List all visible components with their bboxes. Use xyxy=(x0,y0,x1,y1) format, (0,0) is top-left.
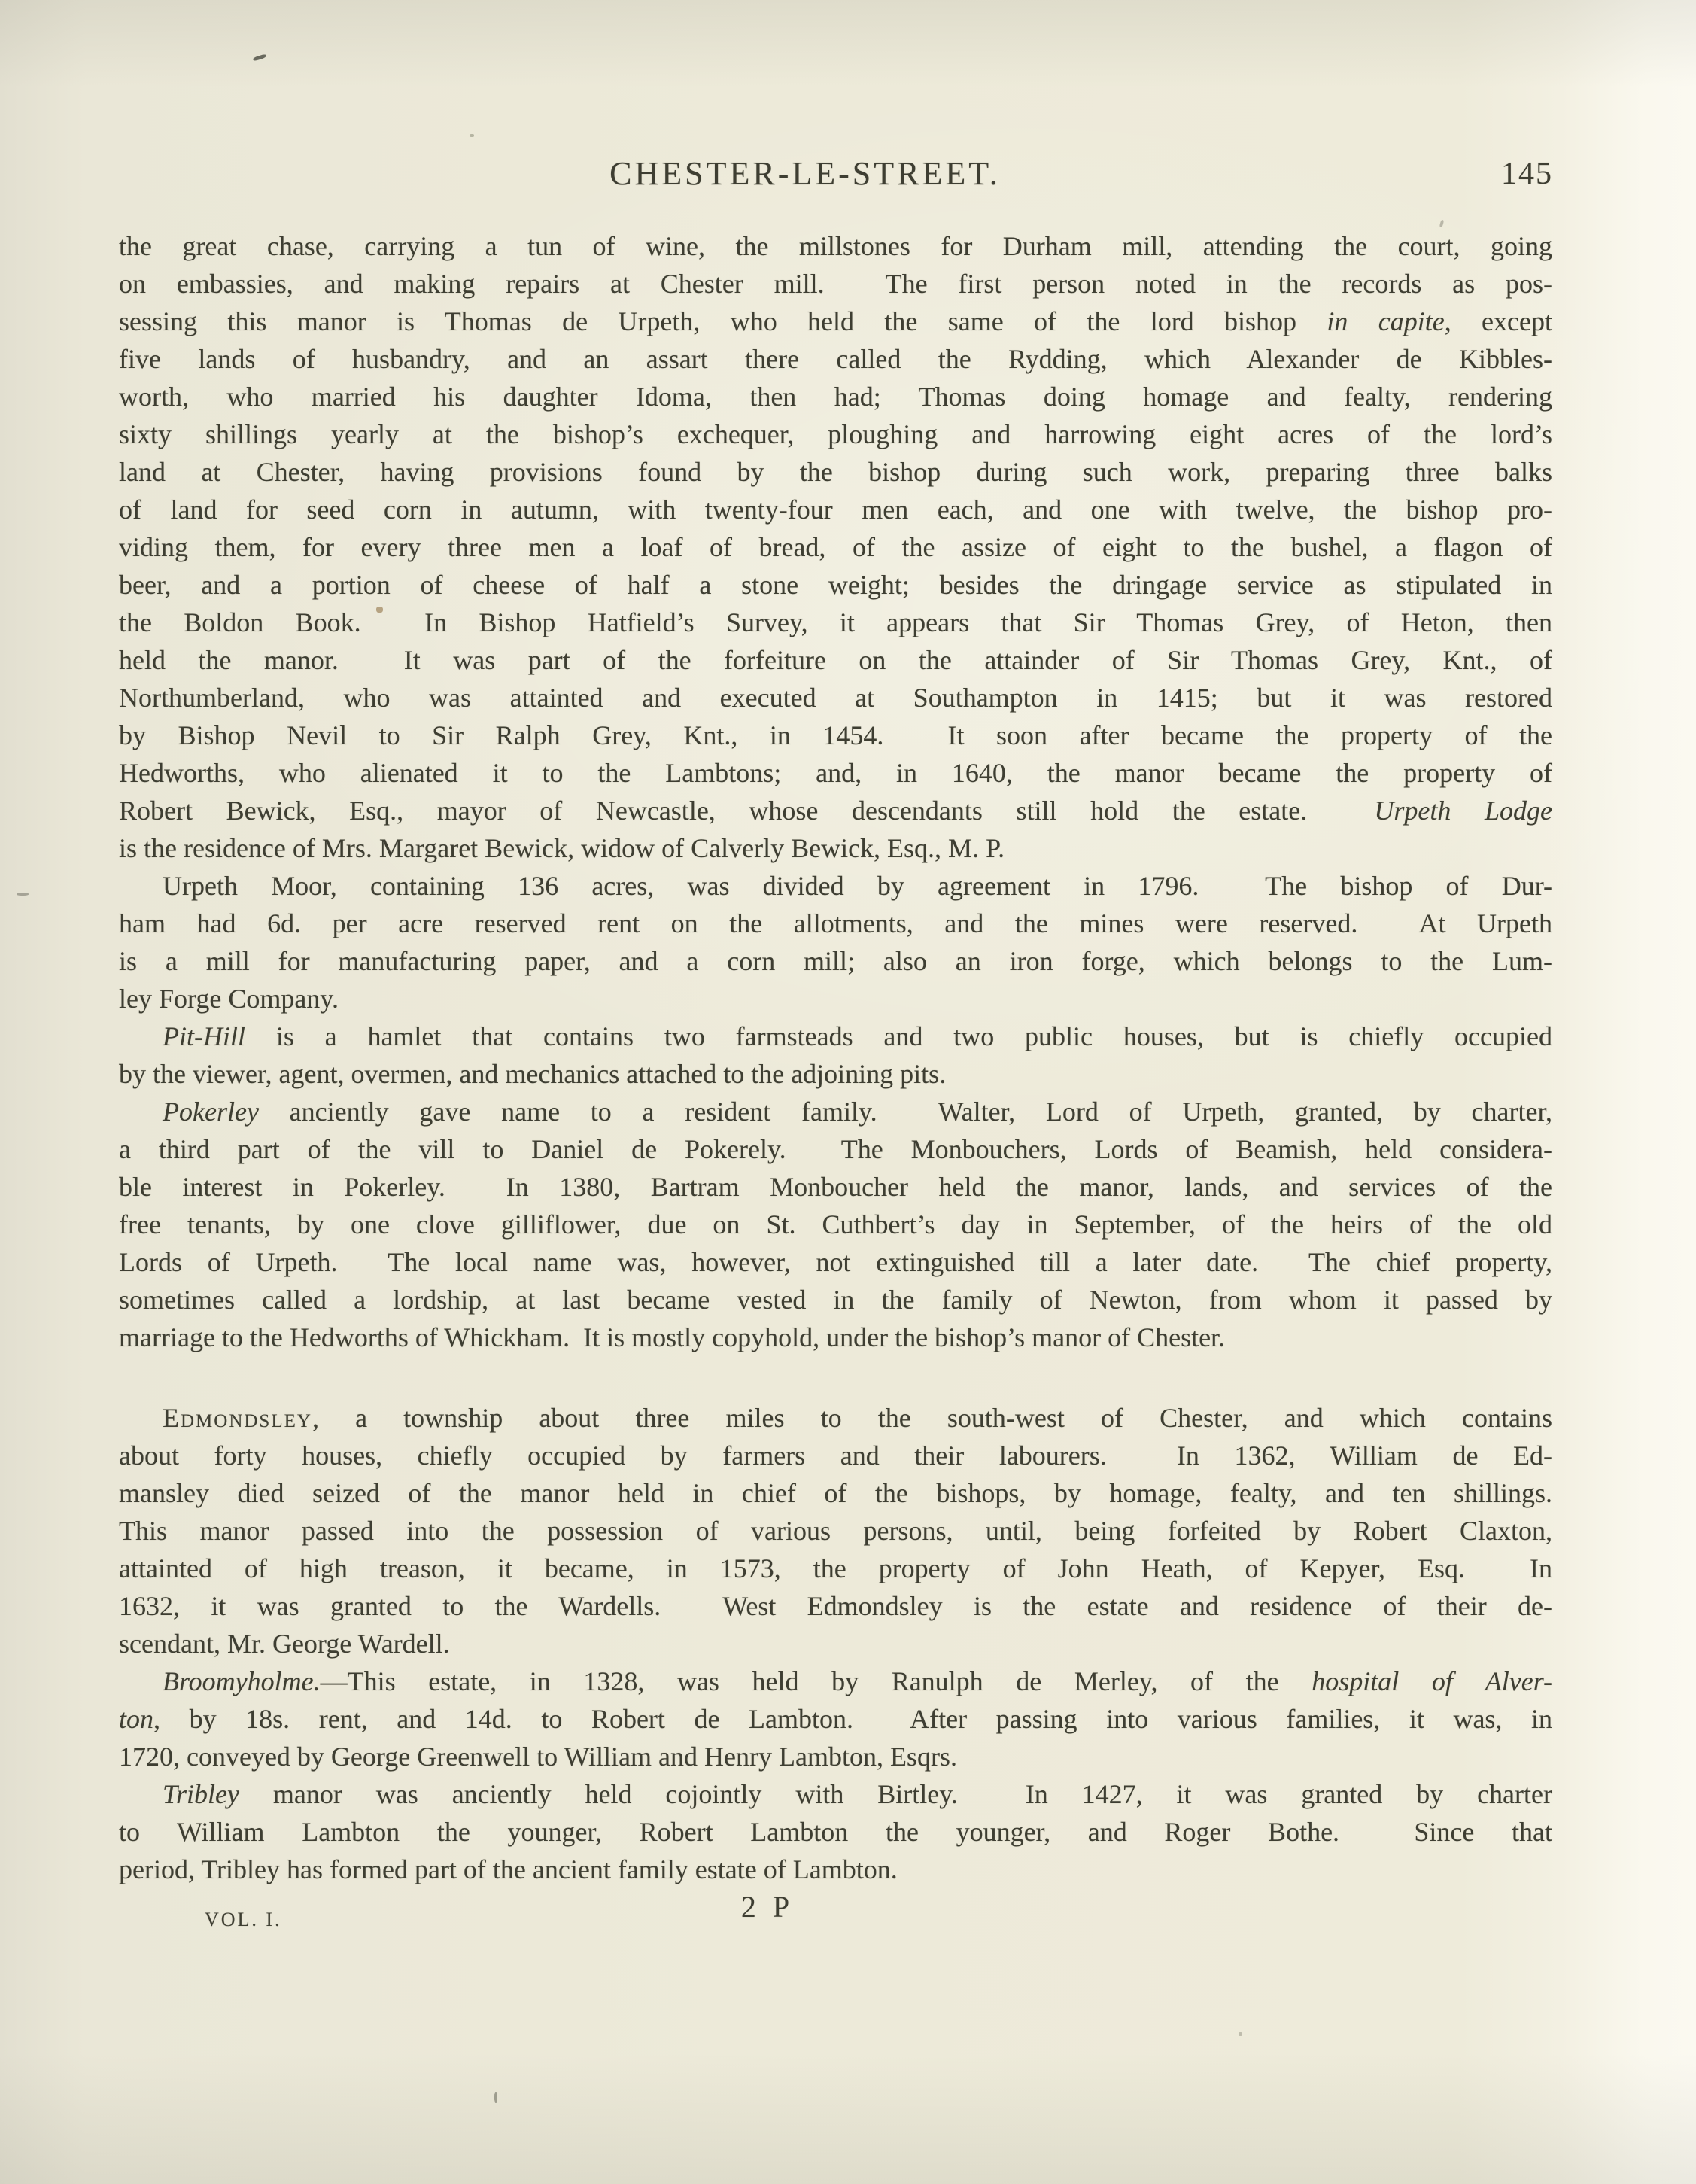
text-line: Robert Bewick, Esq., mayor of Newcastle,… xyxy=(119,792,1552,829)
text-line: Edmondsley, a township about three miles… xyxy=(119,1399,1552,1437)
text-line: ton, by 18s. rent, and 14d. to Robert de… xyxy=(119,1700,1552,1738)
text-segment: anciently gave name to a resident family… xyxy=(259,1097,1552,1127)
text-line: to William Lambton the younger, Robert L… xyxy=(119,1813,1552,1851)
page-number: 145 xyxy=(1501,156,1553,192)
text-segment: land at Chester, having provisions found… xyxy=(119,457,1552,487)
text-segment-italic: hospital of Alver- xyxy=(1312,1666,1552,1696)
text-segment: sometimes called a lordship, at last bec… xyxy=(119,1285,1552,1315)
text-segment: 1632, it was granted to the Wardells. We… xyxy=(119,1591,1552,1621)
book-page: CHESTER-LE-STREET. 145 the great chase, … xyxy=(0,0,1696,2184)
text-line: 1720, conveyed by George Greenwell to Wi… xyxy=(119,1738,1552,1775)
text-segment-italic: Urpeth Lodge xyxy=(1374,795,1552,826)
text-segment: , a township about three miles to the so… xyxy=(312,1403,1552,1433)
text-line: about forty houses, chiefly occupied by … xyxy=(119,1437,1552,1474)
text-segment: attainted of high treason, it became, in… xyxy=(119,1553,1552,1583)
text-line: ble interest in Pokerley. In 1380, Bartr… xyxy=(119,1168,1552,1206)
text-segment: 1720, conveyed by George Greenwell to Wi… xyxy=(119,1741,957,1772)
paragraph: the great chase, carrying a tun of wine,… xyxy=(119,227,1552,867)
text-line: Lords of Urpeth. The local name was, how… xyxy=(119,1243,1552,1281)
text-segment: Lords of Urpeth. The local name was, how… xyxy=(119,1247,1552,1277)
text-line: land at Chester, having provisions found… xyxy=(119,453,1552,491)
text-segment: ble interest in Pokerley. In 1380, Bartr… xyxy=(119,1172,1552,1202)
text-line: sessing this manor is Thomas de Urpeth, … xyxy=(119,303,1552,340)
text-segment: mansley died seized of the manor held in… xyxy=(119,1478,1552,1508)
paragraph: Tribley manor was anciently held cojoint… xyxy=(119,1775,1552,1888)
text-segment-italic: Pokerley xyxy=(163,1097,259,1127)
text-segment: ham had 6d. per acre reserved rent on th… xyxy=(119,908,1552,938)
text-line: held the manor. It was part of the forfe… xyxy=(119,641,1552,679)
text-segment: sixty shillings yearly at the bishop’s e… xyxy=(119,419,1552,449)
text-segment: the Boldon Book. In Bishop Hatfield’s Su… xyxy=(119,607,1552,637)
text-segment: sessing this manor is Thomas de Urpeth, … xyxy=(119,306,1327,336)
text-line: of land for seed corn in autumn, with tw… xyxy=(119,491,1552,528)
text-segment: of land for seed corn in autumn, with tw… xyxy=(119,494,1552,525)
text-line: viding them, for every three men a loaf … xyxy=(119,528,1552,566)
text-segment: , by 18s. rent, and 14d. to Robert de La… xyxy=(153,1704,1552,1734)
text-line: Urpeth Moor, containing 136 acres, was d… xyxy=(119,867,1552,905)
text-segment: by Bishop Nevil to Sir Ralph Grey, Knt.,… xyxy=(119,720,1552,750)
paper-speck xyxy=(470,134,474,137)
paragraph: Urpeth Moor, containing 136 acres, was d… xyxy=(119,867,1552,1017)
text-line: Hedworths, who alienated it to the Lambt… xyxy=(119,754,1552,792)
text-line: ham had 6d. per acre reserved rent on th… xyxy=(119,905,1552,942)
paper-speck xyxy=(1439,220,1445,228)
paper-speck xyxy=(1239,2032,1242,2036)
text-segment: by the viewer, agent, overmen, and mecha… xyxy=(119,1059,946,1089)
page-body: the great chase, carrying a tun of wine,… xyxy=(119,227,1552,1888)
text-segment: This manor passed into the possession of… xyxy=(119,1516,1552,1546)
text-segment: ley Forge Company. xyxy=(119,984,339,1014)
text-segment: held the manor. It was part of the forfe… xyxy=(119,645,1552,675)
paper-speck xyxy=(253,53,267,61)
text-segment: period, Tribley has formed part of the a… xyxy=(119,1854,898,1884)
text-segment: scendant, Mr. George Wardell. xyxy=(119,1629,450,1659)
text-line: period, Tribley has formed part of the a… xyxy=(119,1851,1552,1888)
text-line: Northumberland, who was attainted and ex… xyxy=(119,679,1552,716)
paragraph: Broomyholme.—This estate, in 1328, was h… xyxy=(119,1662,1552,1775)
text-segment: —This estate, in 1328, was held by Ranul… xyxy=(321,1666,1312,1696)
text-segment: is the residence of Mrs. Margaret Bewick… xyxy=(119,833,1005,863)
paper-speck xyxy=(17,893,29,896)
text-segment-italic: Broomyholme. xyxy=(163,1666,321,1696)
text-segment: free tenants, by one clove gilliflower, … xyxy=(119,1209,1552,1240)
text-segment: a third part of the vill to Daniel de Po… xyxy=(119,1134,1552,1164)
text-segment-italic: ton xyxy=(119,1704,153,1734)
text-line: is the residence of Mrs. Margaret Bewick… xyxy=(119,829,1552,867)
text-segment: Hedworths, who alienated it to the Lambt… xyxy=(119,758,1552,788)
text-line: Tribley manor was anciently held cojoint… xyxy=(119,1775,1552,1813)
text-line: beer, and a portion of cheese of half a … xyxy=(119,566,1552,604)
text-line: ley Forge Company. xyxy=(119,980,1552,1017)
text-line: mansley died seized of the manor held in… xyxy=(119,1474,1552,1512)
text-segment: Urpeth Moor, containing 136 acres, was d… xyxy=(163,871,1552,901)
text-segment-smallcaps: Edmondsley xyxy=(163,1403,312,1433)
text-segment: Robert Bewick, Esq., mayor of Newcastle,… xyxy=(119,795,1374,826)
text-segment: to William Lambton the younger, Robert L… xyxy=(119,1817,1552,1847)
text-segment: Northumberland, who was attainted and ex… xyxy=(119,683,1552,713)
text-line: sixty shillings yearly at the bishop’s e… xyxy=(119,415,1552,453)
text-line: five lands of husbandry, and an assart t… xyxy=(119,340,1552,378)
text-segment: marriage to the Hedworths of Whickham. I… xyxy=(119,1322,1225,1352)
text-segment: , except xyxy=(1445,306,1552,336)
text-line: 1632, it was granted to the Wardells. We… xyxy=(119,1587,1552,1625)
text-segment: on embassies, and making repairs at Ches… xyxy=(119,269,1552,299)
text-segment: beer, and a portion of cheese of half a … xyxy=(119,570,1552,600)
text-line: by the viewer, agent, overmen, and mecha… xyxy=(119,1055,1552,1093)
text-segment: the great chase, carrying a tun of wine,… xyxy=(119,231,1552,261)
text-line: is a mill for manufacturing paper, and a… xyxy=(119,942,1552,980)
text-line: sometimes called a lordship, at last bec… xyxy=(119,1281,1552,1319)
text-segment: about forty houses, chiefly occupied by … xyxy=(119,1440,1552,1471)
text-line: marriage to the Hedworths of Whickham. I… xyxy=(119,1319,1552,1356)
paragraph: Edmondsley, a township about three miles… xyxy=(119,1399,1552,1662)
text-line: the Boldon Book. In Bishop Hatfield’s Su… xyxy=(119,604,1552,641)
text-segment-italic: in capite xyxy=(1327,306,1444,336)
text-line: by Bishop Nevil to Sir Ralph Grey, Knt.,… xyxy=(119,716,1552,754)
text-line: This manor passed into the possession of… xyxy=(119,1512,1552,1550)
text-line: worth, who married his daughter Idoma, t… xyxy=(119,378,1552,415)
paragraph: Pit-Hill is a hamlet that contains two f… xyxy=(119,1017,1552,1093)
text-segment: viding them, for every three men a loaf … xyxy=(119,532,1552,562)
text-line: Broomyholme.—This estate, in 1328, was h… xyxy=(119,1662,1552,1700)
text-line: the great chase, carrying a tun of wine,… xyxy=(119,227,1552,265)
text-segment: worth, who married his daughter Idoma, t… xyxy=(119,382,1552,412)
text-segment: is a hamlet that contains two farmsteads… xyxy=(245,1021,1552,1051)
text-line: on embassies, and making repairs at Ches… xyxy=(119,265,1552,303)
text-line: a third part of the vill to Daniel de Po… xyxy=(119,1130,1552,1168)
running-title: CHESTER-LE-STREET. xyxy=(609,154,1001,193)
signature-mark: 2 P xyxy=(741,1889,794,1924)
text-line: scendant, Mr. George Wardell. xyxy=(119,1625,1552,1662)
text-segment-italic: Tribley xyxy=(163,1779,239,1809)
text-line: Pit-Hill is a hamlet that contains two f… xyxy=(119,1017,1552,1055)
text-line: free tenants, by one clove gilliflower, … xyxy=(119,1206,1552,1243)
volume-label: VOL. I. xyxy=(205,1909,282,1931)
text-line: attainted of high treason, it became, in… xyxy=(119,1550,1552,1587)
text-segment-italic: Pit-Hill xyxy=(163,1021,245,1051)
text-line: Pokerley anciently gave name to a reside… xyxy=(119,1093,1552,1130)
text-segment: is a mill for manufacturing paper, and a… xyxy=(119,946,1552,976)
text-segment: manor was anciently held cojointly with … xyxy=(239,1779,1552,1809)
paragraph: Pokerley anciently gave name to a reside… xyxy=(119,1093,1552,1356)
paper-speck xyxy=(494,2092,497,2103)
text-segment: five lands of husbandry, and an assart t… xyxy=(119,344,1552,374)
